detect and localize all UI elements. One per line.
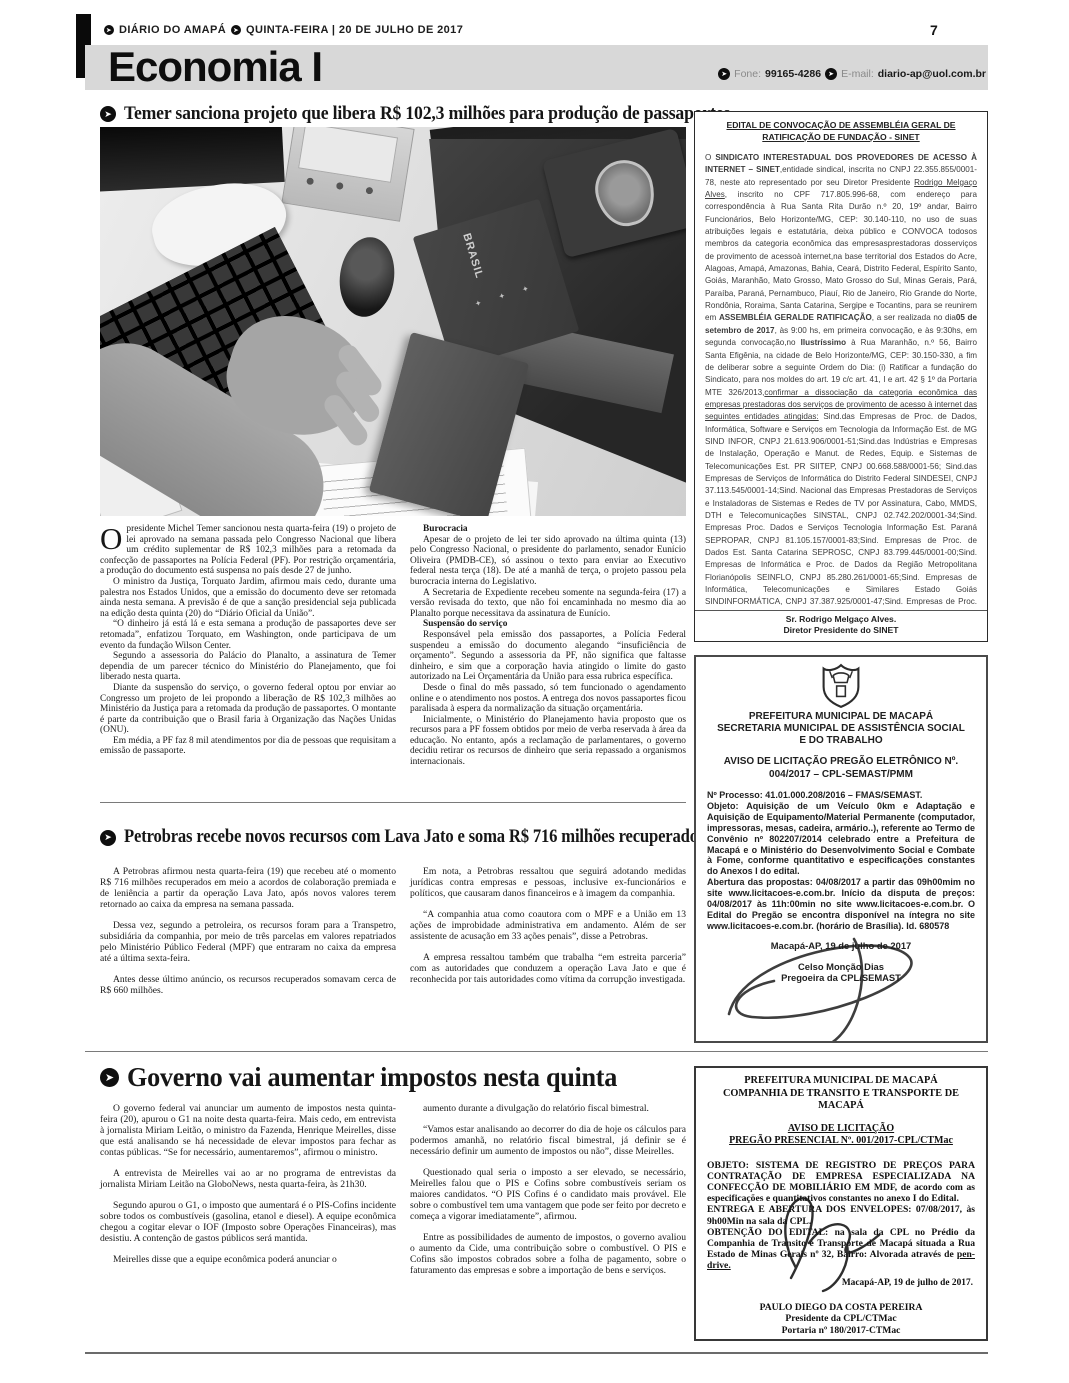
semast-header3: E DO TRABALHO <box>707 735 975 747</box>
photo-card-device <box>281 127 414 222</box>
object-description: Objeto: Aquisição de um Veículo 0km e Ad… <box>707 801 975 877</box>
email-label: E-mail: <box>841 68 874 80</box>
semast-signature: Celso Monção Dias Pregoeira da CPL/SEMAS… <box>707 961 975 984</box>
paragraph: A entrevista de Meirelles vai ao ar no p… <box>100 1168 396 1190</box>
brand-name: DIÁRIO DO AMAPÁ <box>119 24 226 36</box>
edital-sinet-box: EDITAL DE CONVOCAÇÃO DE ASSEMBLÉIA GERAL… <box>694 111 988 642</box>
signer-name: PAULO DIEGO DA COSTA PEREIRA <box>707 1302 975 1314</box>
passport-stars: ✦ ✦ ✦ <box>474 281 538 308</box>
governo-column-1: O governo federal vai anunciar um aument… <box>100 1103 396 1275</box>
envelope-info: ENTREGA E ABERTURA DOS ENVELOPES: 07/08/… <box>707 1204 975 1226</box>
semast-body: Nº Processo: 41.01.000.208/2016 – FMAS/S… <box>707 790 975 932</box>
semast-header1: PREFEITURA MUNICIPAL DE MACAPÁ <box>707 711 975 723</box>
brand-bullet-icon: ➤ <box>231 25 241 35</box>
temer-column-1: Opresidente Michel Temer sancionou nesta… <box>100 524 396 757</box>
paragraph: Apesar de o projeto de lei ter sido apro… <box>410 535 686 588</box>
process-number: Nº Processo: 41.01.000.208/2016 – FMAS/S… <box>707 790 975 801</box>
headline-petrobras-text: Petrobras recebe novos recursos com Lava… <box>124 827 704 848</box>
edital-info: OBTENÇÃO DO EDITAL: na sala da CPL no Pr… <box>707 1227 975 1272</box>
paragraph: Dessa vez, segundo a petroleira, os recu… <box>100 920 396 964</box>
paragraph: “A companhia atua como coautora com o MP… <box>410 909 686 942</box>
schedule-info: Abertura das propostas: 04/08/2017 a par… <box>707 877 975 932</box>
paragraph: Segundo a assessoria do Palácio do Plana… <box>100 651 396 683</box>
semast-header2: SECRETARIA MUNICIPAL DE ASSISTÊNCIA SOCI… <box>707 723 975 735</box>
headline-petrobras: ➤ Petrobras recebe novos recursos com La… <box>100 827 700 848</box>
signer-name: Sr. Rodrigo Melgaço Alves. <box>695 614 987 625</box>
signer-name: Celso Monção Dias <box>707 961 975 973</box>
policia-federal-badge-icon <box>589 154 661 232</box>
footer-rule <box>85 1352 988 1354</box>
semast-notice-box: PREFEITURA MUNICIPAL DE MACAPÁ SECRETARI… <box>694 655 988 1043</box>
paragraph: Inicialmente, o Ministério do Planejamen… <box>410 715 686 768</box>
section-divider <box>85 1051 988 1052</box>
paragraph: A Secretaria de Expediente recebeu somen… <box>410 588 686 620</box>
paragraph: “Vamos estar analisando ao decorrer do d… <box>410 1124 686 1157</box>
paragraph: Diante da suspensão do serviço, o govern… <box>100 683 396 736</box>
headline-governo-text: Governo vai aumentar impostos nesta quin… <box>127 1062 617 1093</box>
paragraph: Em média, a PF faz 8 mil atendimentos po… <box>100 736 396 757</box>
paragraph: Desde o final do mês passado, só tem fun… <box>410 683 686 715</box>
object-description: OBJETO: SISTEMA DE REGISTRO DE PREÇOS PA… <box>707 1160 975 1205</box>
paragraph: Meirelles disse que a equipe econômica p… <box>100 1254 396 1265</box>
email-address: diario-ap@uol.com.br <box>878 68 986 80</box>
paragraph: Questionado qual seria o imposto a ser e… <box>410 1167 686 1222</box>
petrobras-column-1: A Petrobras afirmou nesta quarta-feira (… <box>100 866 396 1006</box>
paragraph: Entre as possibilidades de aumento de im… <box>410 1232 686 1276</box>
temer-column-2: Burocracia Apesar de o projeto de lei te… <box>410 524 686 768</box>
signer-role: Pregoeira da CPL/SEMAST <box>707 972 975 984</box>
ctmac-signature: PAULO DIEGO DA COSTA PEREIRA Presidente … <box>707 1302 975 1337</box>
edital-title: EDITAL DE CONVOCAÇÃO DE ASSEMBLÉIA GERAL… <box>705 120 977 143</box>
photo-monitor <box>100 127 285 192</box>
paragraph: O governo federal vai anunciar um aument… <box>100 1103 396 1158</box>
semast-title: AVISO DE LICITAÇÃO PREGÃO ELETRÔNICO Nº.… <box>707 756 975 781</box>
macapa-crest-icon <box>821 663 861 709</box>
subhead-burocracia: Burocracia <box>410 524 686 535</box>
paragraph: A Petrobras afirmou nesta quarta-feira (… <box>100 866 396 910</box>
paragraph: A empresa ressaltou também que trabalha … <box>410 952 686 985</box>
masthead-line: ➤ DIÁRIO DO AMAPÁ ➤ QUINTA-FEIRA | 20 DE… <box>104 24 804 36</box>
signer-role: Diretor Presidente do SINET <box>695 625 987 636</box>
phone-label: Fone: <box>734 68 761 80</box>
paragraph: Antes desse último anúncio, os recursos … <box>100 974 396 996</box>
paragraph: aumento durante a divulgação do relatóri… <box>410 1103 686 1114</box>
section-title: Economia I <box>108 44 322 90</box>
brand-bullet-icon: ➤ <box>104 25 114 35</box>
email-bullet-icon: ➤ <box>825 68 837 80</box>
contact-line: ➤ Fone: 99165-4286 ➤ E-mail: diario-ap@u… <box>688 68 986 80</box>
headline-bullet-icon: ➤ <box>100 106 116 122</box>
headline-bullet-icon: ➤ <box>100 1068 119 1087</box>
ctmac-date: Macapá-AP, 19 de julho de 2017. <box>707 1278 975 1288</box>
ctmac-title: AVISO DE LICITAÇÃO PREGÃO PRESENCIAL Nº.… <box>707 1123 975 1148</box>
paragraph: “O dinheiro já está lá e esta semana a p… <box>100 619 396 651</box>
edital-body: O SINDICATO INTERESTADUAL DOS PROVEDORES… <box>705 152 977 642</box>
headline-temer-text: Temer sanciona projeto que libera R$ 102… <box>124 103 730 125</box>
drop-cap: O <box>100 524 126 552</box>
ctmac-header1: PREFEITURA MUNICIPAL DE MACAPÁ <box>707 1075 975 1088</box>
section-divider <box>100 802 686 803</box>
paragraph: Segundo apurou o G1, o imposto que aumen… <box>100 1200 396 1244</box>
petrobras-column-2: Em nota, a Petrobras ressaltou que segui… <box>410 866 686 995</box>
signer-ref: Portaria nº 180/2017-CTMac <box>707 1325 975 1337</box>
phone-number: 99165-4286 <box>765 68 821 80</box>
subhead-suspensao: Suspensão do serviço <box>410 619 686 630</box>
semast-date: Macapá-AP, 19 de julho de 2017 <box>707 940 975 951</box>
paragraph: presidente Michel Temer sancionou nesta … <box>100 524 396 576</box>
ctmac-notice-box: PREFEITURA MUNICIPAL DE MACAPÁ COMPANHIA… <box>694 1066 988 1341</box>
ctmac-header2: COMPANHIA DE TRANSITO E TRANSPORTE DE MA… <box>707 1088 975 1113</box>
ctmac-body: OBJETO: SISTEMA DE REGISTRO DE PREÇOS PA… <box>707 1160 975 1272</box>
headline-bullet-icon: ➤ <box>100 830 116 846</box>
photo-mouse <box>335 234 400 321</box>
passport-brasil-label: BRASIL <box>460 232 485 280</box>
phone-bullet-icon: ➤ <box>718 68 730 80</box>
headline-governo: ➤ Governo vai aumentar impostos nesta qu… <box>100 1062 700 1093</box>
article-photo-passports: BRASIL ✦ ✦ ✦ <box>100 127 686 516</box>
paragraph: Responsável pela emissão dos passaportes… <box>410 630 686 683</box>
paragraph: O ministro da Justiça, Torquato Jardim, … <box>100 577 396 619</box>
newspaper-page: ➤ DIÁRIO DO AMAPÁ ➤ QUINTA-FEIRA | 20 DE… <box>0 0 1069 1383</box>
signer-role: Presidente da CPL/CTMac <box>707 1313 975 1325</box>
headline-temer: ➤ Temer sanciona projeto que libera R$ 1… <box>100 103 700 125</box>
page-number: 7 <box>930 22 938 38</box>
governo-column-2: aumento durante a divulgação do relatóri… <box>410 1103 686 1286</box>
paragraph: Em nota, a Petrobras ressaltou que segui… <box>410 866 686 899</box>
edition-date: QUINTA-FEIRA | 20 DE JULHO DE 2017 <box>246 24 463 36</box>
edital-signature: Sr. Rodrigo Melgaço Alves. Diretor Presi… <box>695 610 987 641</box>
